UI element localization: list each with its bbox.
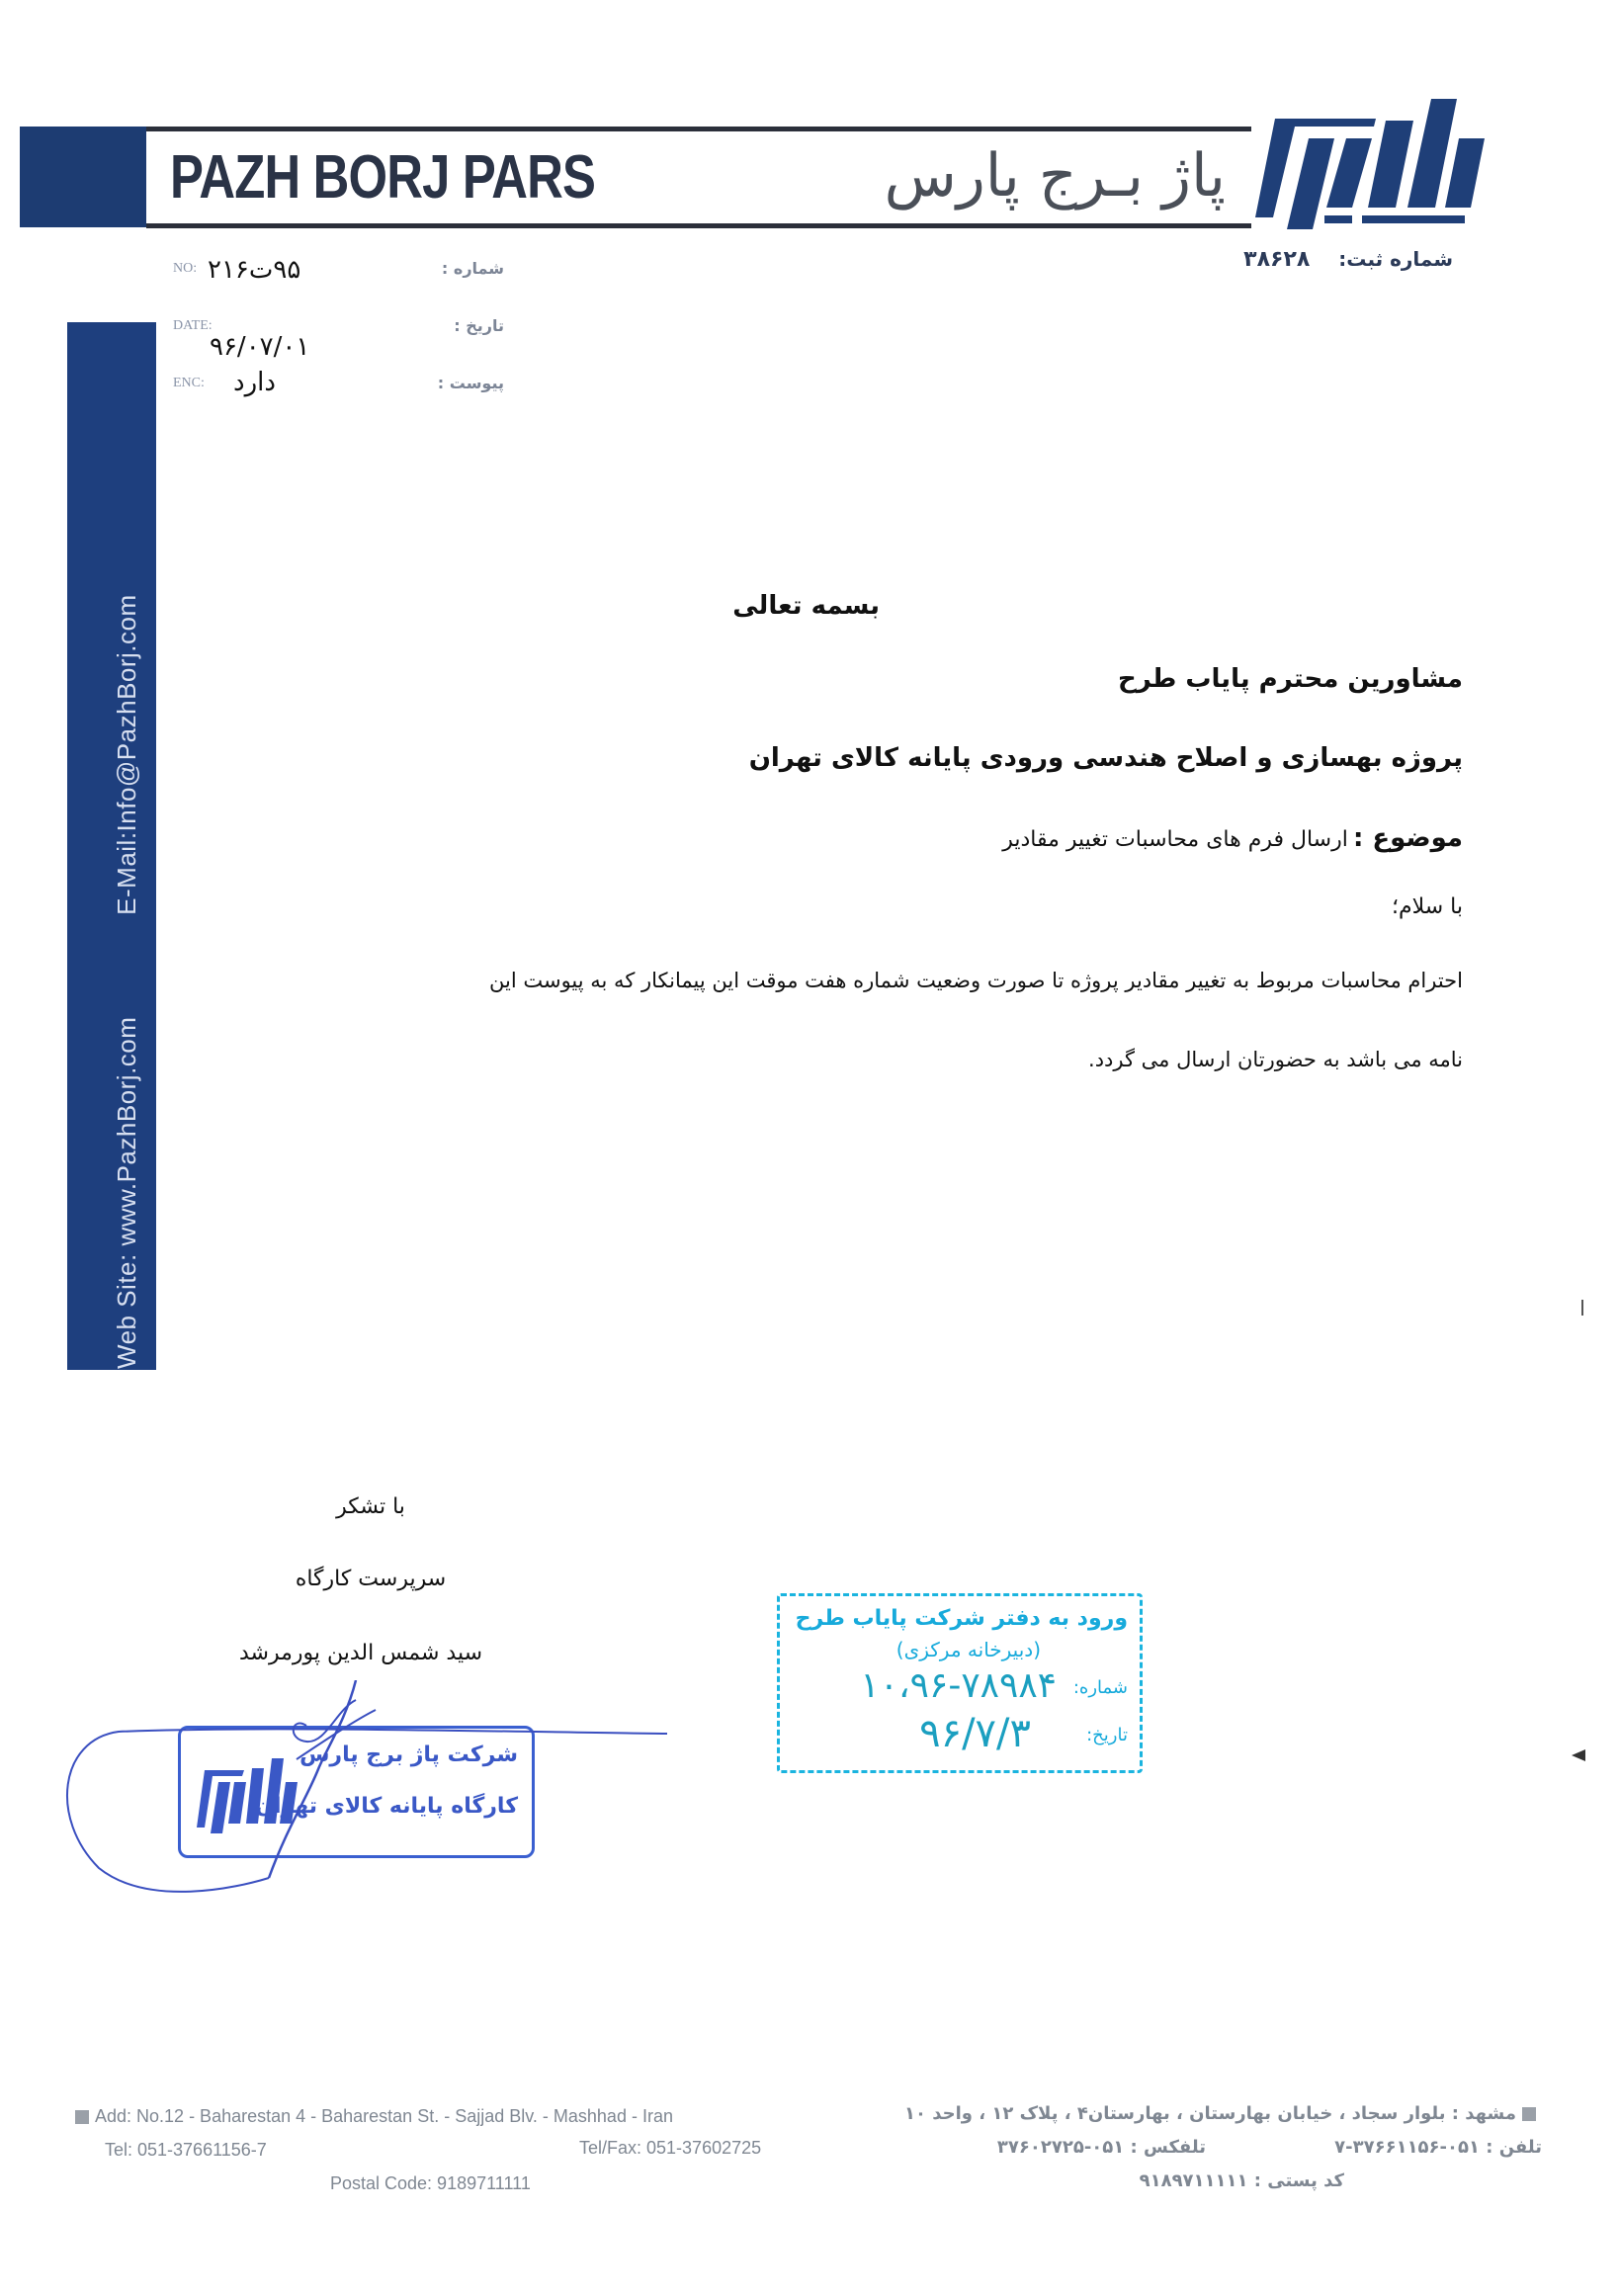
enclosure-value: دارد [233,368,276,397]
registration-label: شماره ثبت: [1338,247,1453,271]
footer-postal-fa: کد پستی : ۹۱۸۹۷۱۱۱۱۱ [1067,2170,1344,2191]
footer-fax-fa-label: تلفکس : [1131,2137,1206,2158]
subject-text: ارسال فرم های محاسبات تغییر مقادیر [1002,827,1348,852]
footer-address-en: Add: No.12 - Baharestan 4 - Baharestan S… [69,2106,673,2127]
header-rule-top [146,127,1251,131]
margin-tick [1581,1300,1583,1316]
registration-info: شماره ثبت: ۳۸۶۲۸ [1166,247,1453,272]
signature-icon [59,1680,672,1908]
footer-telfax-en: Tel/Fax: 051-37602725 [579,2138,761,2159]
project-title: پروژه بهسازی و اصلاح هندسی ورودی پایانه … [692,743,1463,773]
footer-address-en-text: Add: No.12 - Baharestan 4 - Baharestan S… [95,2106,673,2126]
signatory-name: سید شمس الدین پورمرشد [198,1641,524,1665]
date-label-en: DATE: [173,318,213,334]
closing-thanks: با تشکر [208,1494,534,1519]
invocation: بسمه تعالی [593,591,880,621]
sidebar-contact-text: Web Site: www.PazhBorj.com E-Mail:Info@P… [112,594,142,1369]
footer-tel-en: Tel: 051-37661156-7 [105,2140,267,2161]
date-value: ۹۶/۰۷/۰۱ [210,332,309,362]
footer-fax-fa-value: ۰۵۱-۳۷۶۰۲۷۲۵ [997,2137,1124,2158]
date-label-fa: تاریخ : [395,316,504,335]
footer-tel-fa: تلفن : ۰۵۱-۳۷۶۶۱۱۵۶-۷ [1216,2137,1542,2158]
subject-line: موضوع : ارسال فرم های محاسبات تغییر مقاد… [692,823,1463,853]
recipient: مشاورین محترم پایاب طرح [692,664,1463,694]
number-label-fa: شماره : [395,259,504,278]
registration-number: ۳۸۶۲۸ [1243,247,1310,272]
receipt-date-value: ۹۶/۷/۳ [919,1711,1031,1756]
enclosure-label-fa: پیوست : [395,374,504,392]
brand-name-persian: پاژ بـرج پارس [870,136,1226,215]
margin-arrow-icon [1572,1749,1585,1761]
number-value: ۹۵ت۲۱۶ [208,255,300,285]
footer-tel-fa-value: ۰۵۱-۳۷۶۶۱۱۵۶-۷ [1334,2137,1480,2158]
receipt-number-label: شماره: [1073,1677,1128,1698]
header-band-block [20,127,146,227]
receipt-number-value: ۱۰،۹۶-۷۸۹۸۴ [860,1665,1057,1706]
footer-postal-fa-label: کد پستی : [1254,2170,1344,2191]
footer-address-fa-text: مشهد : بلوار سجاد ، خیابان بهارستان ، به… [904,2103,1516,2124]
website-link[interactable]: Web Site: www.PazhBorj.com [112,1017,141,1369]
receipt-stamp: ورود به دفتر شرکت پایاب طرح (دبیرخانه مر… [777,1593,1143,1773]
greeting: با سلام؛ [692,894,1463,919]
footer-tel-fa-label: تلفن : [1486,2137,1542,2158]
header-rule-bottom [146,223,1251,228]
footer-address-fa: مشهد : بلوار سجاد ، خیابان بهارستان ، به… [890,2103,1542,2124]
email-link[interactable]: E-Mail:Info@PazhBorj.com [112,594,141,915]
body-line-2: نامه می باشد به حضورتان ارسال می گردد. [287,1048,1463,1071]
subject-label: موضوع : [1353,823,1463,853]
enclosure-label-en: ENC: [173,376,205,391]
company-logo-icon [1247,99,1494,237]
footer-postal-en: Postal Code: 9189711111 [330,2173,531,2194]
bullet-square-icon [1522,2107,1536,2121]
signatory-title: سرپرست کارگاه [208,1567,534,1591]
body-line-1: احترام محاسبات مربوط به تغییر مقادیر پرو… [287,969,1463,992]
receipt-date-label: تاریخ: [1086,1725,1128,1745]
bullet-square-icon [75,2110,89,2124]
receipt-stamp-title: ورود به دفتر شرکت پایاب طرح [796,1606,1128,1631]
receipt-stamp-subtitle: (دبیرخانه مرکزی) [896,1638,1041,1661]
number-label-en: NO: [173,261,197,277]
brand-name-latin: PAZH BORJ PARS [170,138,595,217]
footer-fax-fa: تلفکس : ۰۵۱-۳۷۶۰۲۷۲۵ [890,2137,1206,2158]
footer-postal-fa-value: ۹۱۸۹۷۱۱۱۱۱ [1140,2170,1248,2191]
